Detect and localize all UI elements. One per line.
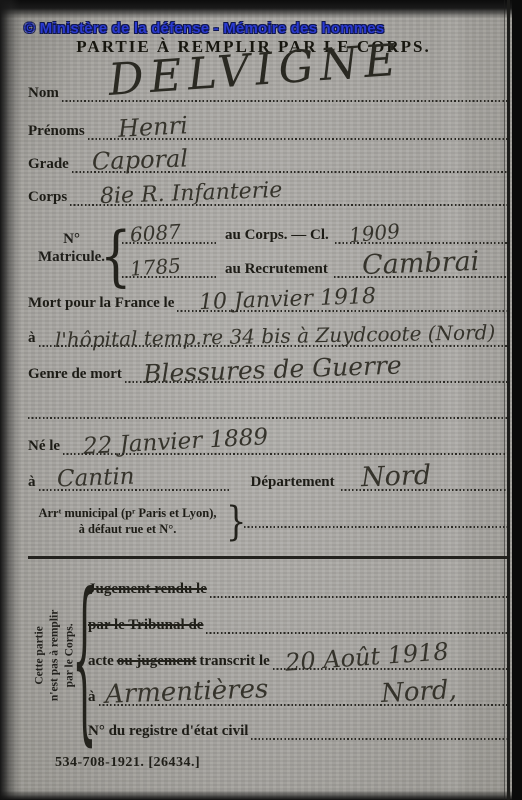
field-ne-le: Né le 22 Janvier 1889 bbox=[28, 433, 507, 455]
lieu-recrutement-value: Cambrai bbox=[361, 248, 479, 279]
scan-edge-right bbox=[512, 0, 522, 800]
scan-edge-left bbox=[0, 0, 20, 800]
genre-mort-value: Blessures de Guerre bbox=[143, 352, 402, 386]
empty-dotted bbox=[28, 397, 507, 419]
page-rule-outer bbox=[504, 0, 505, 800]
classe-dotted: 1909 bbox=[335, 222, 507, 244]
field-registre: N° du registre d'état civil bbox=[88, 718, 507, 740]
tribunal-dotted bbox=[206, 612, 507, 634]
side-note: Cette partie n'est pas à remplir par le … bbox=[33, 570, 78, 740]
mort-le-value: 10 Janvier 1918 bbox=[199, 286, 377, 314]
ne-le-label: Né le bbox=[28, 439, 63, 455]
grade-dotted-line: Caporal bbox=[72, 151, 507, 173]
field-mort-le: Mort pour la France le 10 Janvier 1918 bbox=[28, 290, 507, 312]
registre-dotted bbox=[251, 718, 507, 740]
registre-label: N° du registre d'état civil bbox=[88, 724, 251, 740]
jugement-label: Jugement rendu le bbox=[88, 582, 210, 598]
ne-le-value: 22 Janvier 1889 bbox=[83, 426, 269, 459]
page-rule-inner bbox=[507, 0, 510, 800]
grade-value: Caporal bbox=[91, 146, 188, 173]
lieu-recrutement-dotted: Cambrai bbox=[334, 256, 507, 278]
transcrit-label-suffix: transcrit le bbox=[199, 654, 272, 670]
ne-lieu-label: à bbox=[28, 475, 39, 491]
side-note-line2: n'est pas à remplir bbox=[48, 570, 63, 740]
arrondissement-label-line2: à défaut rue et N°. bbox=[30, 522, 225, 538]
scan-edge-bottom bbox=[0, 790, 522, 800]
matricule-row-recrutement: 1785 au Recrutement Cambrai bbox=[122, 256, 507, 278]
ne-lieu-value: Cantin bbox=[56, 466, 134, 492]
nom-label: Nom bbox=[28, 86, 62, 102]
corps-value: 8ie R. Infanterie bbox=[100, 180, 283, 208]
matricule-corps-number: 6087 bbox=[129, 221, 181, 245]
field-genre-mort: Genre de mort Blessures de Guerre bbox=[28, 361, 507, 383]
genre-mort-dotted: Blessures de Guerre bbox=[125, 361, 507, 383]
classe-value: 1909 bbox=[348, 221, 400, 245]
matricule-recrutement-number: 1785 bbox=[129, 255, 181, 279]
section-divider bbox=[28, 556, 508, 559]
mort-le-dotted: 10 Janvier 1918 bbox=[177, 290, 507, 312]
death-record-card: © Ministère de la défense - Mémoire des … bbox=[0, 0, 522, 800]
departement-label: Département bbox=[229, 475, 341, 491]
field-prenoms: Prénoms Henri bbox=[28, 118, 507, 140]
prenoms-label: Prénoms bbox=[28, 124, 88, 140]
departement-value: Nord bbox=[360, 462, 431, 491]
field-grade: Grade Caporal bbox=[28, 151, 507, 173]
field-jugement: Jugement rendu le bbox=[88, 576, 507, 598]
arrondissement-label: Arrᵗ municipal (pʳ Paris et Lyon), à déf… bbox=[30, 506, 225, 537]
corps-label: Corps bbox=[28, 190, 70, 206]
field-ne-lieu: à Cantin Département Nord bbox=[28, 469, 507, 491]
field-mort-lieu: à l'hôpital temp.re 34 bis à Zuydcoote (… bbox=[28, 325, 507, 347]
genre-mort-label: Genre de mort bbox=[28, 367, 125, 383]
transcrit-lieu-dotted: Armentières Nord, bbox=[99, 684, 508, 706]
ministry-watermark: © Ministère de la défense - Mémoire des … bbox=[24, 20, 384, 37]
transcrit-departement-value: Nord, bbox=[380, 677, 457, 707]
field-transcrit: acte ou jugement transcrit le 20 Août 19… bbox=[88, 648, 507, 670]
mort-lieu-dotted: l'hôpital temp.re 34 bis à Zuydcoote (No… bbox=[39, 325, 508, 347]
tribunal-label: par le Tribunal de bbox=[88, 618, 206, 634]
field-transcrit-lieu: à Armentières Nord, bbox=[88, 684, 507, 706]
corps-dotted-line: 8ie R. Infanterie bbox=[70, 184, 507, 206]
matricule-corps-dotted: 6087 bbox=[122, 222, 217, 244]
matricule-recrutement-dotted: 1785 bbox=[122, 256, 217, 278]
empty-line bbox=[28, 397, 507, 419]
transcrit-lieu-label: à bbox=[88, 690, 99, 706]
transcrit-lieu-value: Armentières bbox=[104, 676, 268, 708]
prenoms-dotted-line: Henri bbox=[88, 118, 507, 140]
arrondissement-line bbox=[244, 506, 507, 528]
transcrit-dotted: 20 Août 1918 bbox=[273, 648, 507, 670]
au-corps-label: au Corps. — Cl. bbox=[217, 228, 335, 244]
field-corps: Corps 8ie R. Infanterie bbox=[28, 184, 507, 206]
matricule-row-corps: 6087 au Corps. — Cl. 1909 bbox=[122, 222, 507, 244]
mort-lieu-label: à bbox=[28, 331, 39, 347]
scan-edge-top bbox=[0, 0, 522, 18]
transcrit-value: 20 Août 1918 bbox=[284, 639, 449, 674]
field-tribunal: par le Tribunal de bbox=[88, 612, 507, 634]
ne-lieu-dotted: Cantin bbox=[39, 469, 229, 491]
departement-dotted: Nord bbox=[341, 469, 507, 491]
matricule-label-line1: N° bbox=[38, 230, 105, 248]
ne-le-dotted: 22 Janvier 1889 bbox=[63, 433, 507, 455]
side-note-line1: Cette partie bbox=[33, 570, 48, 740]
arrondissement-label-line1: Arrᵗ municipal (pʳ Paris et Lyon), bbox=[30, 506, 225, 522]
transcrit-label-prefix: acte bbox=[88, 654, 117, 670]
print-reference: 534-708-1921. [26434.] bbox=[55, 755, 200, 771]
au-recrutement-label: au Recrutement bbox=[217, 262, 334, 278]
jugement-dotted bbox=[210, 576, 507, 598]
mort-le-label: Mort pour la France le bbox=[28, 296, 177, 312]
arrondissement-dotted bbox=[244, 506, 507, 528]
nom-dotted-line: DELVIGNE bbox=[62, 80, 507, 102]
transcrit-label-struck: ou jugement bbox=[117, 654, 200, 670]
prenoms-value: Henri bbox=[117, 113, 188, 141]
matricule-label-line2: Matricule. bbox=[38, 248, 105, 266]
grade-label: Grade bbox=[28, 157, 72, 173]
mort-lieu-value: l'hôpital temp.re 34 bis à Zuydcoote (No… bbox=[54, 322, 495, 350]
field-nom: Nom DELVIGNE bbox=[28, 80, 507, 102]
matricule-label: N° Matricule. bbox=[38, 230, 105, 266]
